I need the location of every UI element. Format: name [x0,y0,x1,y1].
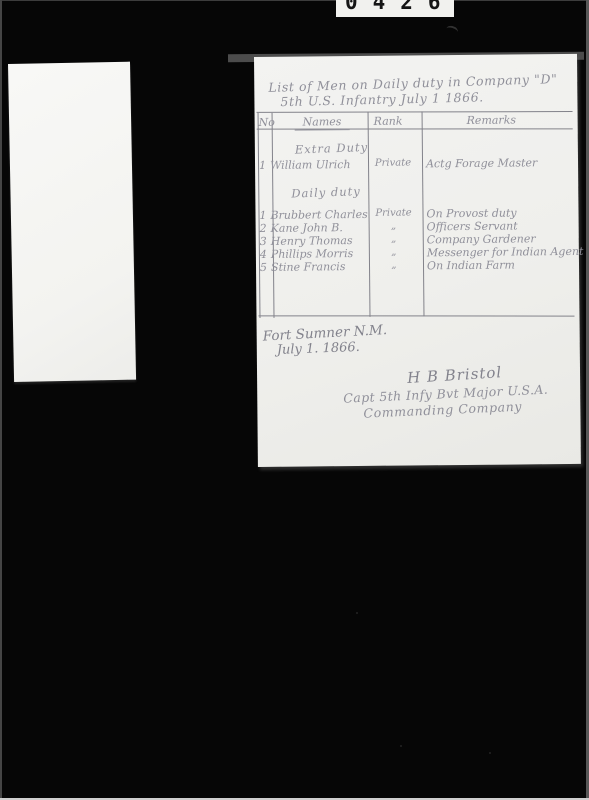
row-rank: Private [369,157,417,168]
row-name: Kane John B. [271,221,343,235]
row-name: William Ulrich [270,158,351,172]
section-label-extra-duty: Extra Duty [295,140,369,157]
dust-speck [400,745,402,747]
row-rank: Private [369,207,417,218]
photo-edge-top [0,0,589,1]
row-rank: „ [370,220,418,231]
row-name: Henry Thomas [271,234,353,248]
film-scratch-mark [445,24,459,36]
photo-edge-left [0,0,2,800]
row-name: Phillips Morris [271,247,353,261]
photo-canvas: 0426 List of Men on Daily duty in Compan… [0,0,589,800]
row-remark: Company Gardener [427,232,536,246]
column-header-names: Names [295,115,350,131]
table-row: 1 William Ulrich Private Actg Forage Mas… [255,156,578,172]
row-number: 2 [260,222,267,235]
row-number: 1 [259,159,266,172]
page-number-stamp: 0426 [336,0,454,17]
row-number: 5 [260,261,267,274]
row-number: 3 [260,235,267,248]
blank-paper-fragment [8,62,136,382]
row-remark: On Indian Farm [427,259,515,273]
column-header-no: No [259,116,275,129]
row-rank: „ [370,246,418,257]
row-number: 4 [260,248,267,261]
date-line: July 1. 1866. [277,340,360,358]
row-rank: „ [370,233,418,244]
table-row: 5 Stine Francis „ On Indian Farm [256,258,579,274]
table-rule-top [257,111,573,113]
row-remark: Officers Servant [427,219,518,233]
column-header-remarks: Remarks [467,113,516,126]
row-name: Brubbert Charles [270,208,367,222]
column-header-rank: Rank [374,115,403,128]
dust-speck [356,612,358,614]
page-number-stamp-digits: 0426 [345,0,454,14]
duty-list-document: List of Men on Daily duty in Company "D"… [254,54,581,467]
section-label-daily-duty: Daily duty [291,184,361,200]
row-number: 1 [259,209,266,222]
row-remark: On Provost duty [426,206,516,220]
row-remark: Actg Forage Master [426,156,537,170]
row-rank: „ [370,259,418,270]
dust-speck [489,752,491,754]
table-rule-bottom [258,315,574,316]
row-name: Stine Francis [271,260,346,274]
